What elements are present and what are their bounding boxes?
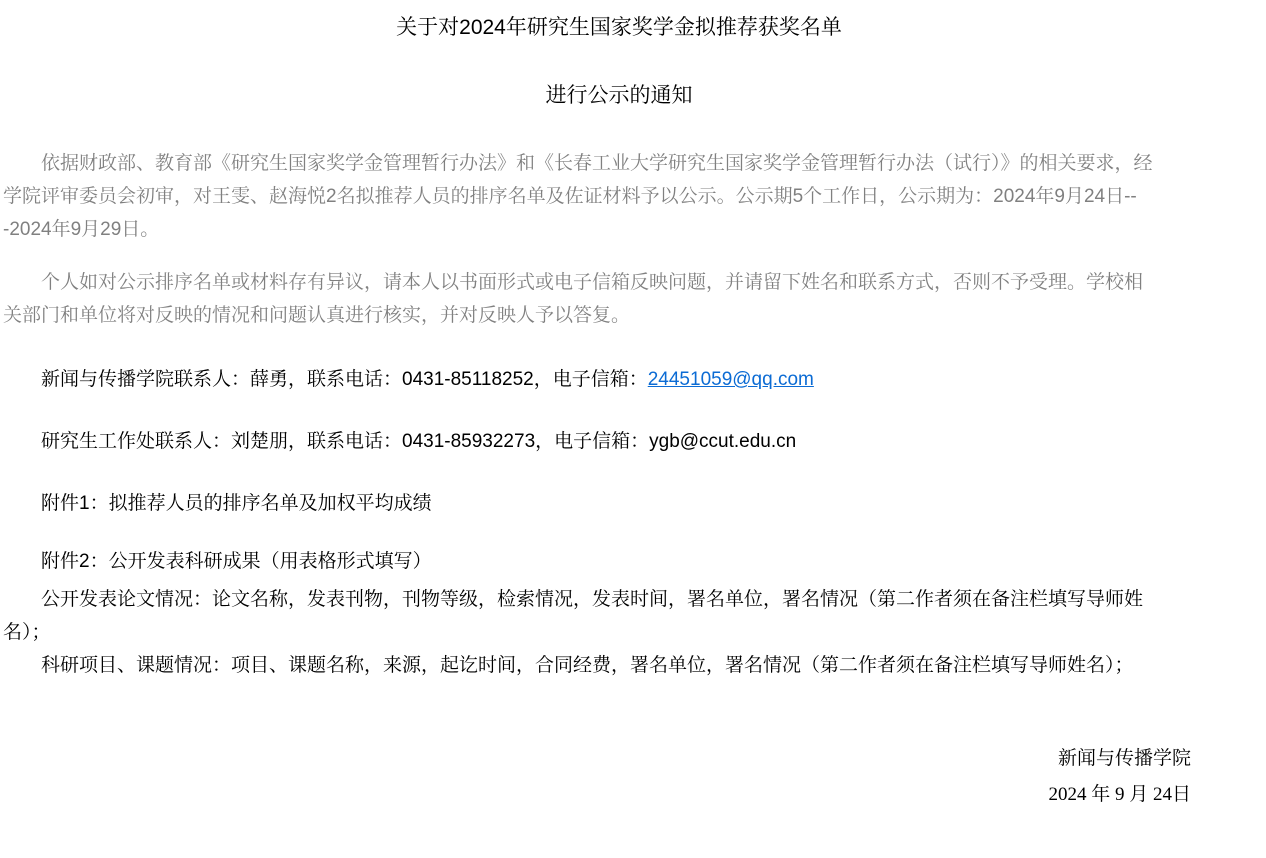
grad-office-contact-line: 研究生工作处联系人：刘楚朋，联系电话：0431-85932273，电子信箱：yg… [3,425,1155,458]
attachment-1-line: 附件1：拟推荐人员的排序名单及加权平均成绩 [3,487,1155,520]
college-contact-text: 新闻与传播学院联系人：薛勇，联系电话：0431-85118252，电子信箱： [41,369,648,390]
notice-document: 关于对2024年研究生国家奖学金拟推荐获奖名单 进行公示的通知 依据财政部、教育… [0,0,1266,858]
objection-paragraph: 个人如对公示排序名单或材料存有异议，请本人以书面形式或电子信箱反映问题，并请留下… [3,266,1155,332]
attachment-2-line: 附件2：公开发表科研成果（用表格形式填写） [3,545,1155,578]
page-title-line2: 进行公示的通知 [3,82,1235,110]
intro-paragraph: 依据财政部、教育部《研究生国家奖学金管理暂行办法》和《长春工业大学研究生国家奖学… [3,147,1155,246]
page-title-line1: 关于对2024年研究生国家奖学金拟推荐获奖名单 [3,14,1235,42]
research-project-detail: 科研项目、课题情况：项目、课题名称，来源，起讫时间，合同经费，署名单位，署名情况… [3,649,1155,682]
signature-org: 新闻与传播学院 [3,742,1191,775]
signature-date: 2024 年 9 月 24日 [3,778,1191,811]
college-contact-line: 新闻与传播学院联系人：薛勇，联系电话：0431-85118252，电子信箱：24… [3,363,1155,396]
paper-publication-detail: 公开发表论文情况：论文名称，发表刊物，刊物等级，检索情况，发表时间，署名单位，署… [3,583,1155,649]
college-email-link[interactable]: 24451059@qq.com [648,369,814,390]
